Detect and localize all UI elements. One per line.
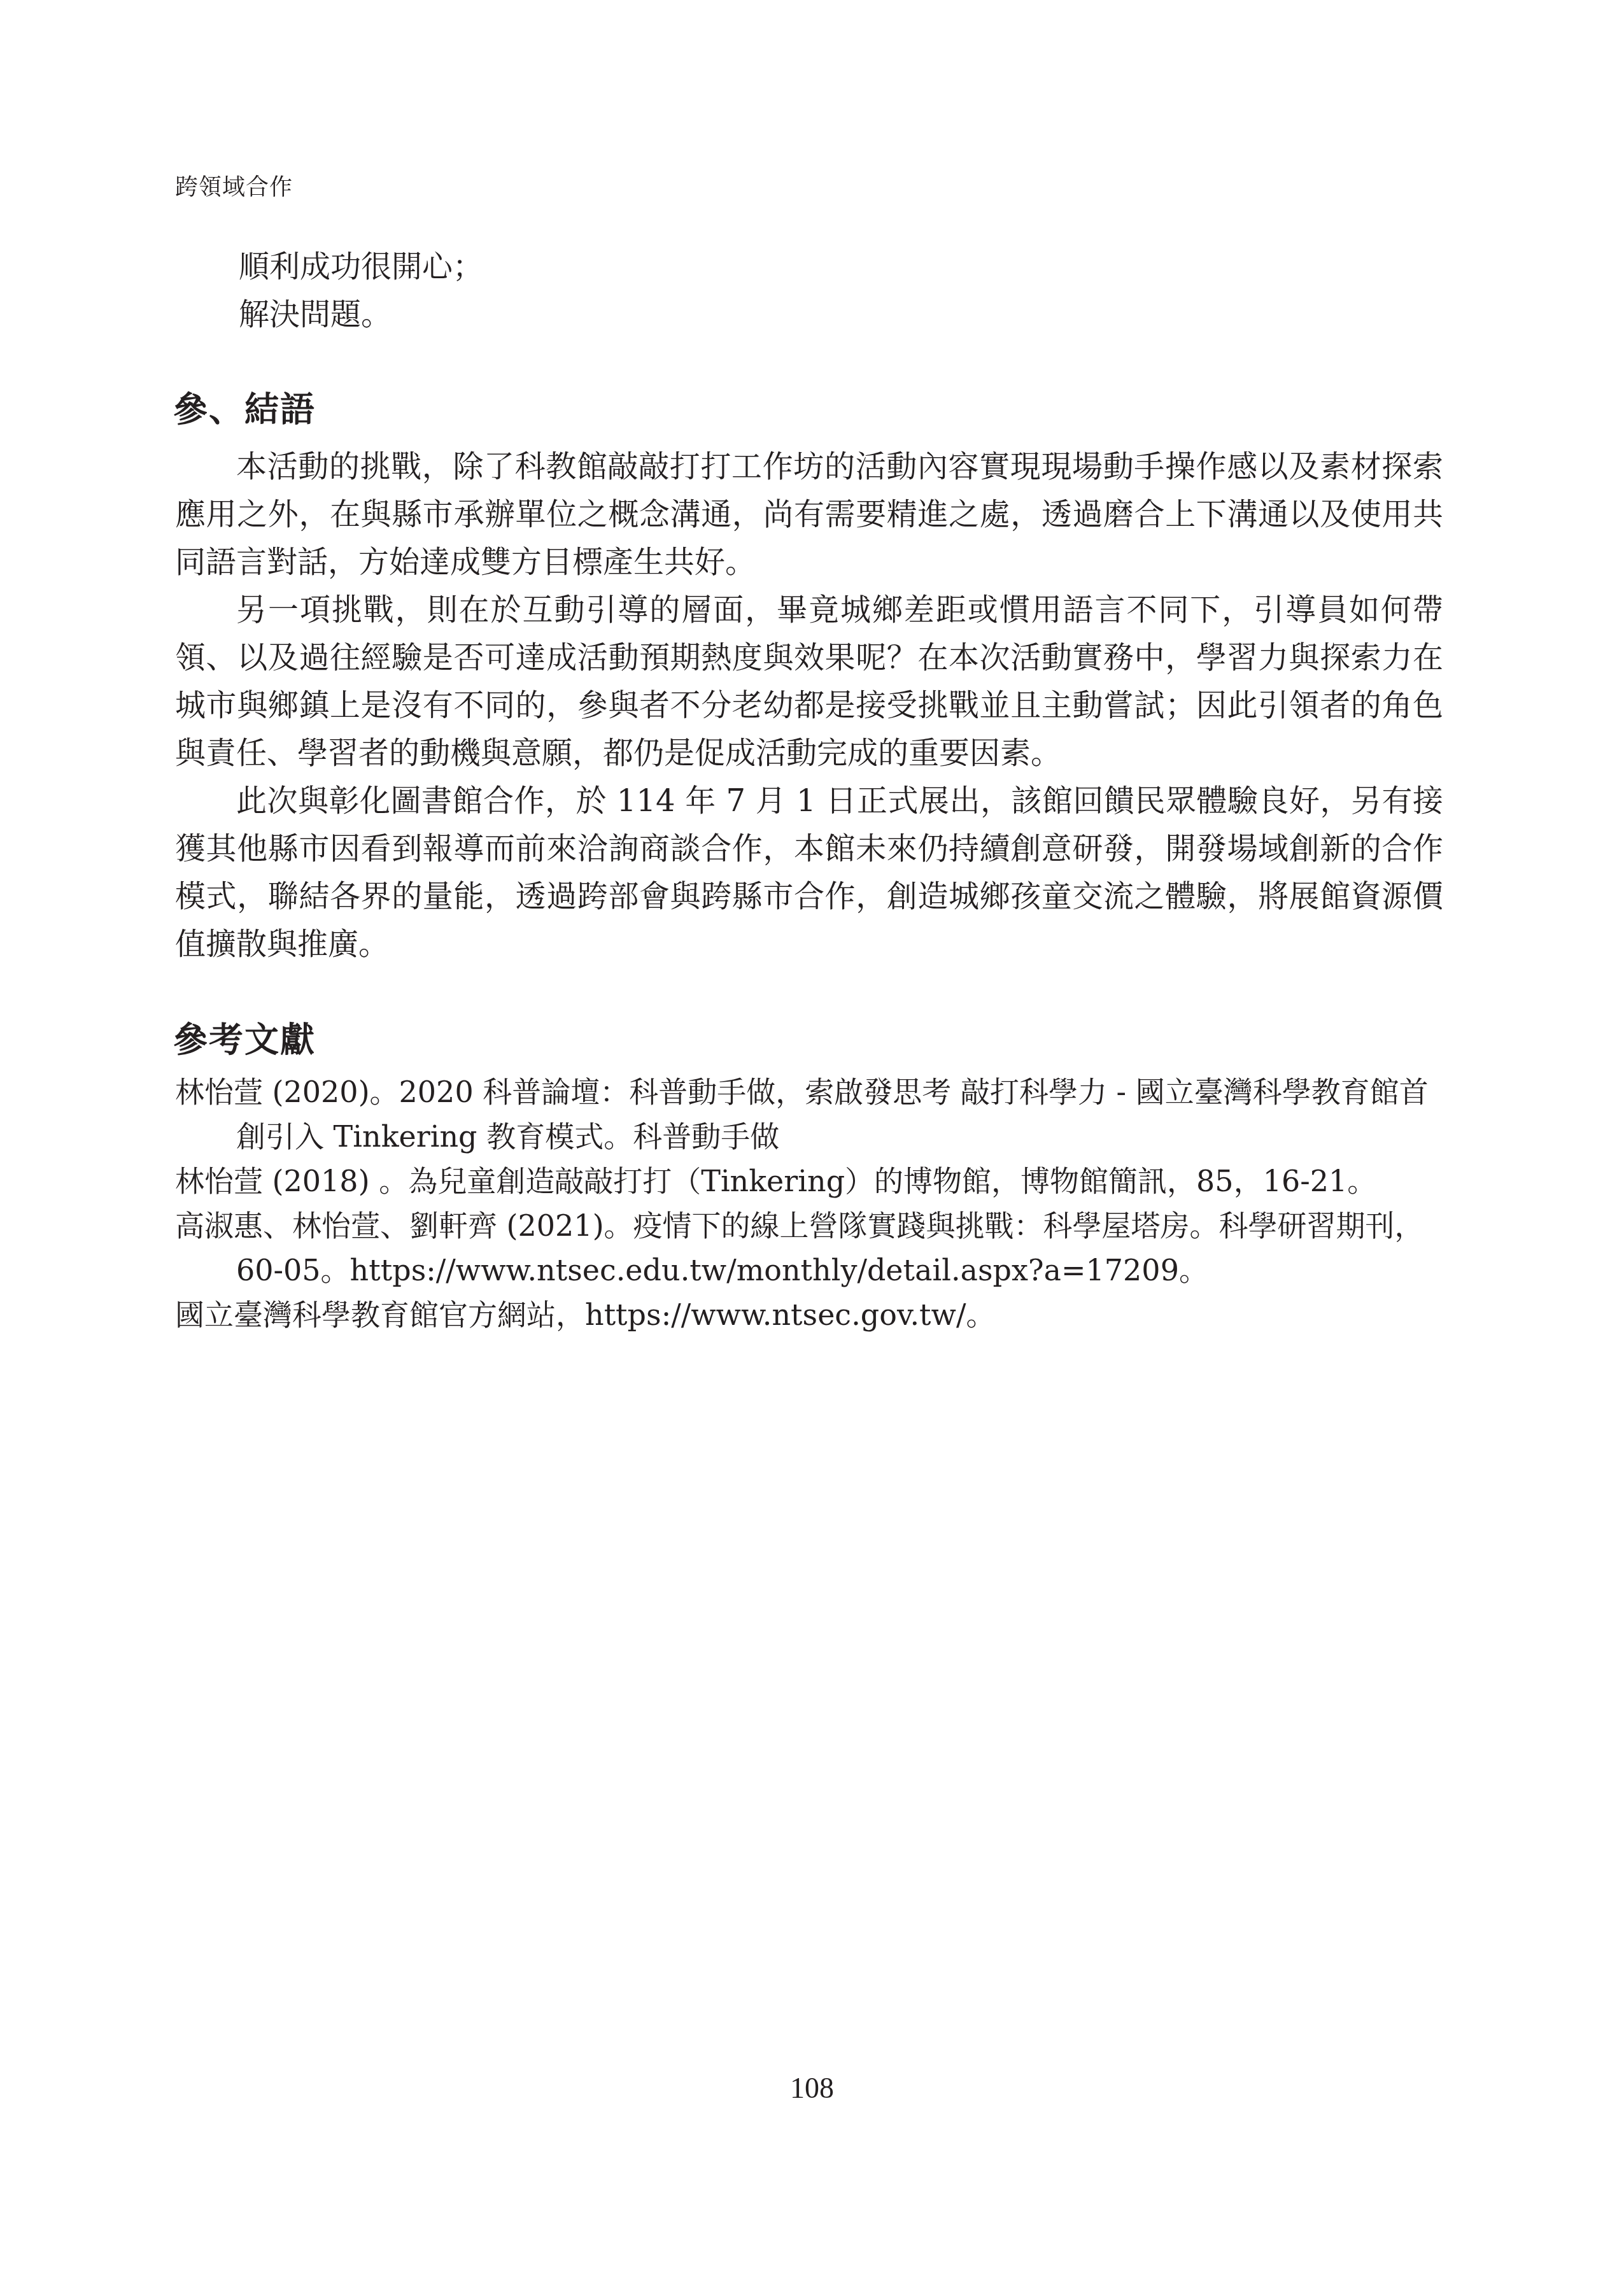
bullet-lines: 順利成功很開心； 解決問題。 (175, 243, 483, 339)
list-line: 解決問題。 (175, 291, 483, 339)
page-number: 108 (0, 2069, 1624, 2107)
reference-item: 國立臺灣科學教育館官方網站，https://www.ntsec.gov.tw/。 (175, 1292, 1443, 1337)
paragraph: 另一項挑戰，則在於互動引導的層面，畢竟城鄉差距或慣用語言不同下，引導員如何帶領、… (175, 586, 1443, 777)
reference-item: 高淑惠、林怡萱、劉軒齊 (2021)。疫情下的線上營隊實踐與挑戰：科學屋塔房。科… (175, 1203, 1443, 1292)
list-line: 順利成功很開心； (175, 243, 483, 291)
paragraph: 本活動的挑戰，除了科教館敲敲打打工作坊的活動內容實現現場動手操作感以及素材探索應… (175, 443, 1443, 586)
reference-item: 林怡萱 (2018) 。為兒童創造敲敲打打（Tinkering）的博物館，博物館… (175, 1159, 1443, 1203)
reference-item: 林怡萱 (2020)。2020 科普論壇：科普動手做，索啟發思考 敲打科學力 -… (175, 1070, 1443, 1159)
conclusion-body: 本活動的挑戰，除了科教館敲敲打打工作坊的活動內容實現現場動手操作感以及素材探索應… (175, 443, 1443, 968)
reference-list: 林怡萱 (2020)。2020 科普論壇：科普動手做，索啟發思考 敲打科學力 -… (175, 1070, 1443, 1337)
section-heading-conclusion: 參、結語 (173, 387, 316, 432)
section-heading-references: 參考文獻 (173, 1017, 316, 1062)
paragraph: 此次與彰化圖書館合作，於 114 年 7 月 1 日正式展出，該館回饋民眾體驗良… (175, 777, 1443, 968)
running-header: 跨領域合作 (175, 172, 293, 204)
